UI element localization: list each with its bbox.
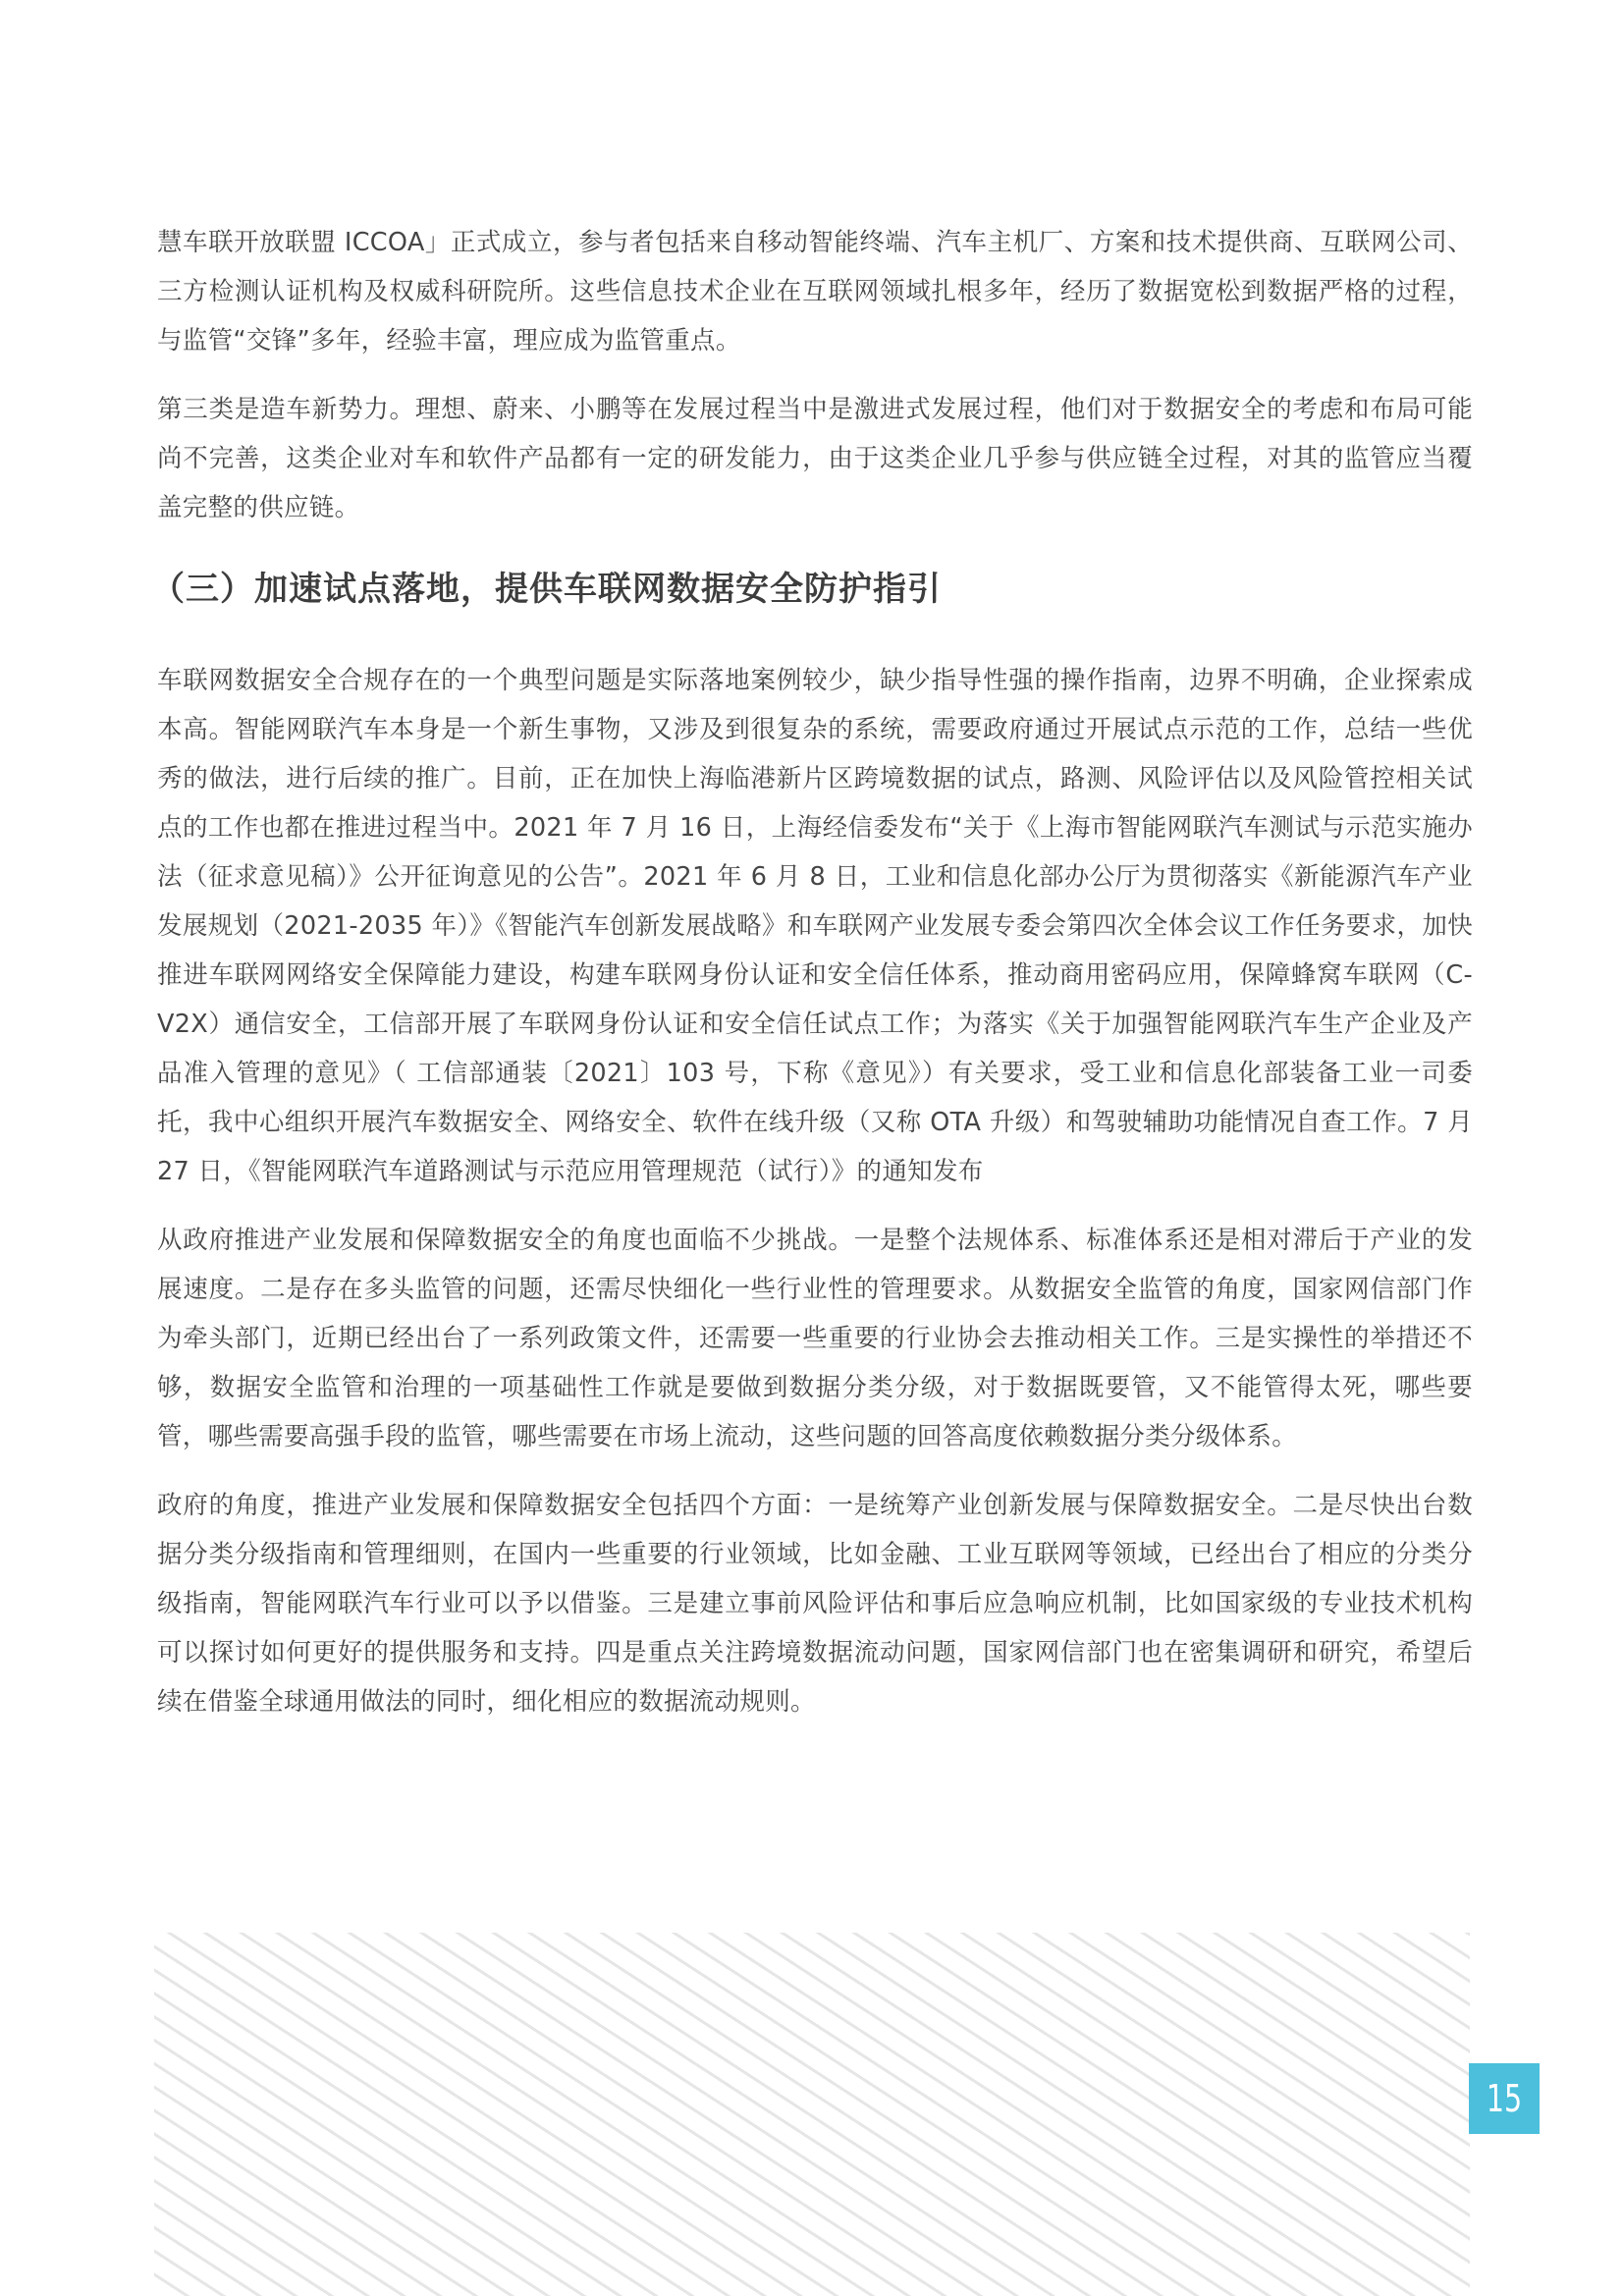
paragraph-third-type-new-automakers: 第三类是造车新势力。理想、蔚来、小鹏等在发展过程当中是激进式发展过程，他们对于数… — [157, 385, 1473, 532]
paragraph-iccoa-continued: 慧车联开放联盟 ICCOA」正式成立，参与者包括来自移动智能终端、汽车主机厂、方… — [157, 218, 1473, 365]
paragraph-pilot-programs: 车联网数据安全合规存在的一个典型问题是实际落地案例较少，缺少指导性强的操作指南，… — [157, 656, 1473, 1196]
spacer — [157, 619, 1473, 656]
page-content: 慧车联开放联盟 ICCOA」正式成立，参与者包括来自移动智能终端、汽车主机厂、方… — [157, 218, 1473, 1726]
paragraph-government-challenges: 从政府推进产业发展和保障数据安全的角度也面临不少挑战。一是整个法规体系、标准体系… — [157, 1216, 1473, 1461]
spacer — [157, 532, 1473, 560]
paragraph-four-aspects: 政府的角度，推进产业发展和保障数据安全包括四个方面：一是统筹产业创新发展与保障数… — [157, 1481, 1473, 1726]
section-heading: （三）加速试点落地，提供车联网数据安全防护指引 — [151, 560, 1467, 619]
page-number-badge: 15 — [1469, 2063, 1540, 2134]
decorative-hatch-pattern — [154, 1933, 1470, 2296]
page-number: 15 — [1478, 2063, 1531, 2134]
